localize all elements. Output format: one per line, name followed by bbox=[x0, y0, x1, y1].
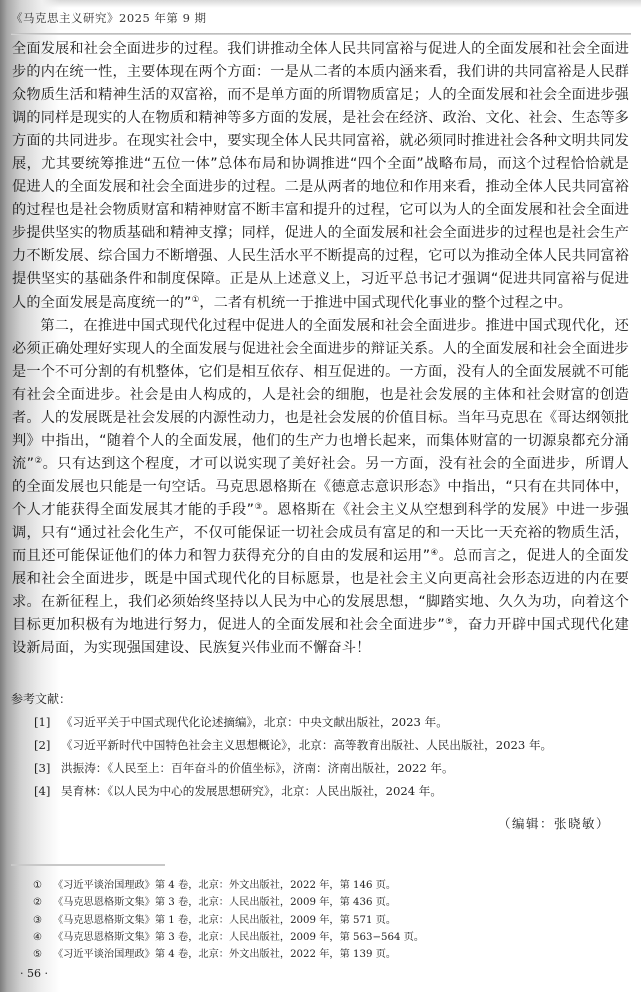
footnote-mark: ① bbox=[33, 877, 53, 894]
footnote-mark: ② bbox=[33, 894, 53, 911]
references-title: 参考文献： bbox=[11, 690, 71, 707]
reference-item: [3]洪振涛：《人民至上：百年奋斗的价值坐标》，济南：济南出版社，2022 年。 bbox=[34, 757, 634, 780]
reference-text: 洪振涛：《人民至上：百年奋斗的价值坐标》，济南：济南出版社，2022 年。 bbox=[61, 761, 454, 775]
header-rule bbox=[11, 33, 631, 35]
footnote-item: ③《马克思恩格斯文集》第 1 卷，北京：人民出版社，2009 年，第 571 页… bbox=[33, 912, 593, 929]
footnote-text: 《马克思恩格斯文集》第 3 卷，北京：人民出版社，2009 年，第 436 页。 bbox=[53, 897, 396, 908]
footnote-text: 《马克思恩格斯文集》第 3 卷，北京：人民出版社，2009 年，第 563−56… bbox=[53, 932, 424, 943]
reference-item: [1]《习近平关于中国式现代化论述摘编》，北京：中央文献出版社，2023 年。 bbox=[34, 711, 634, 734]
footnote-ref: ① bbox=[192, 295, 200, 305]
body-text: 全面发展和社会全面进步的过程。我们讲推动全体人民共同富裕与促进人的全面发展和社会… bbox=[12, 38, 629, 660]
footnote-ref: ⑤ bbox=[445, 617, 453, 627]
reference-number: [2] bbox=[34, 734, 61, 757]
footnote-ref: ② bbox=[34, 456, 42, 466]
footnote-mark: ③ bbox=[33, 912, 53, 929]
footnote-item: ①《习近平谈治国理政》第 4 卷，北京：外文出版社，2022 年，第 146 页… bbox=[33, 877, 593, 894]
footnote-ref: ③ bbox=[254, 502, 262, 512]
reference-text: 《习近平关于中国式现代化论述摘编》，北京：中央文献出版社，2023 年。 bbox=[61, 715, 448, 729]
body-paragraph: 全面发展和社会全面进步的过程。我们讲推动全体人民共同富裕与促进人的全面发展和社会… bbox=[12, 38, 629, 315]
footnote-rule bbox=[11, 864, 165, 866]
editor-note: （编辑：张晓敏） bbox=[498, 814, 610, 832]
footnote-text: 《习近平谈治国理政》第 4 卷，北京：外文出版社，2022 年，第 146 页。 bbox=[53, 880, 396, 891]
running-head: 《马克思主义研究》2025 年第 9 期 bbox=[11, 10, 207, 26]
footnote-item: ②《马克思恩格斯文集》第 3 卷，北京：人民出版社，2009 年，第 436 页… bbox=[33, 894, 593, 911]
reference-text: 《习近平新时代中国特色社会主义思想概论》，北京：高等教育出版社、人民出版社，20… bbox=[61, 738, 552, 752]
footnote-item: ⑤《习近平谈治国理政》第 4 卷，北京：外文出版社，2022 年，第 139 页… bbox=[33, 946, 593, 963]
footnote-mark: ⑤ bbox=[33, 946, 53, 963]
references-list: [1]《习近平关于中国式现代化论述摘编》，北京：中央文献出版社，2023 年。 … bbox=[34, 711, 634, 803]
reference-number: [4] bbox=[34, 780, 61, 803]
footnote-text: 《习近平谈治国理政》第 4 卷，北京：外文出版社，2022 年，第 139 页。 bbox=[53, 949, 396, 960]
reference-number: [1] bbox=[34, 711, 61, 734]
reference-number: [3] bbox=[34, 757, 61, 780]
footnotes-list: ①《习近平谈治国理政》第 4 卷，北京：外文出版社，2022 年，第 146 页… bbox=[33, 877, 593, 963]
footnote-mark: ④ bbox=[33, 929, 53, 946]
page-number: · 56 · bbox=[20, 967, 48, 980]
footnote-text: 《马克思恩格斯文集》第 1 卷，北京：人民出版社，2009 年，第 571 页。 bbox=[53, 915, 396, 926]
page-top-shadow bbox=[0, 0, 641, 8]
footnote-ref: ④ bbox=[430, 548, 438, 558]
reference-item: [4]吴育林：《以人民为中心的发展思想研究》，北京：人民出版社，2024 年。 bbox=[34, 780, 634, 803]
body-paragraph: 第二，在推进中国式现代化过程中促进人的全面发展和社会全面进步。推进中国式现代化，… bbox=[12, 315, 629, 661]
footnote-item: ④《马克思恩格斯文集》第 3 卷，北京：人民出版社，2009 年，第 563−5… bbox=[33, 929, 593, 946]
reference-text: 吴育林：《以人民为中心的发展思想研究》，北京：人民出版社，2024 年。 bbox=[61, 784, 442, 798]
reference-item: [2]《习近平新时代中国特色社会主义思想概论》，北京：高等教育出版社、人民出版社… bbox=[34, 734, 634, 757]
